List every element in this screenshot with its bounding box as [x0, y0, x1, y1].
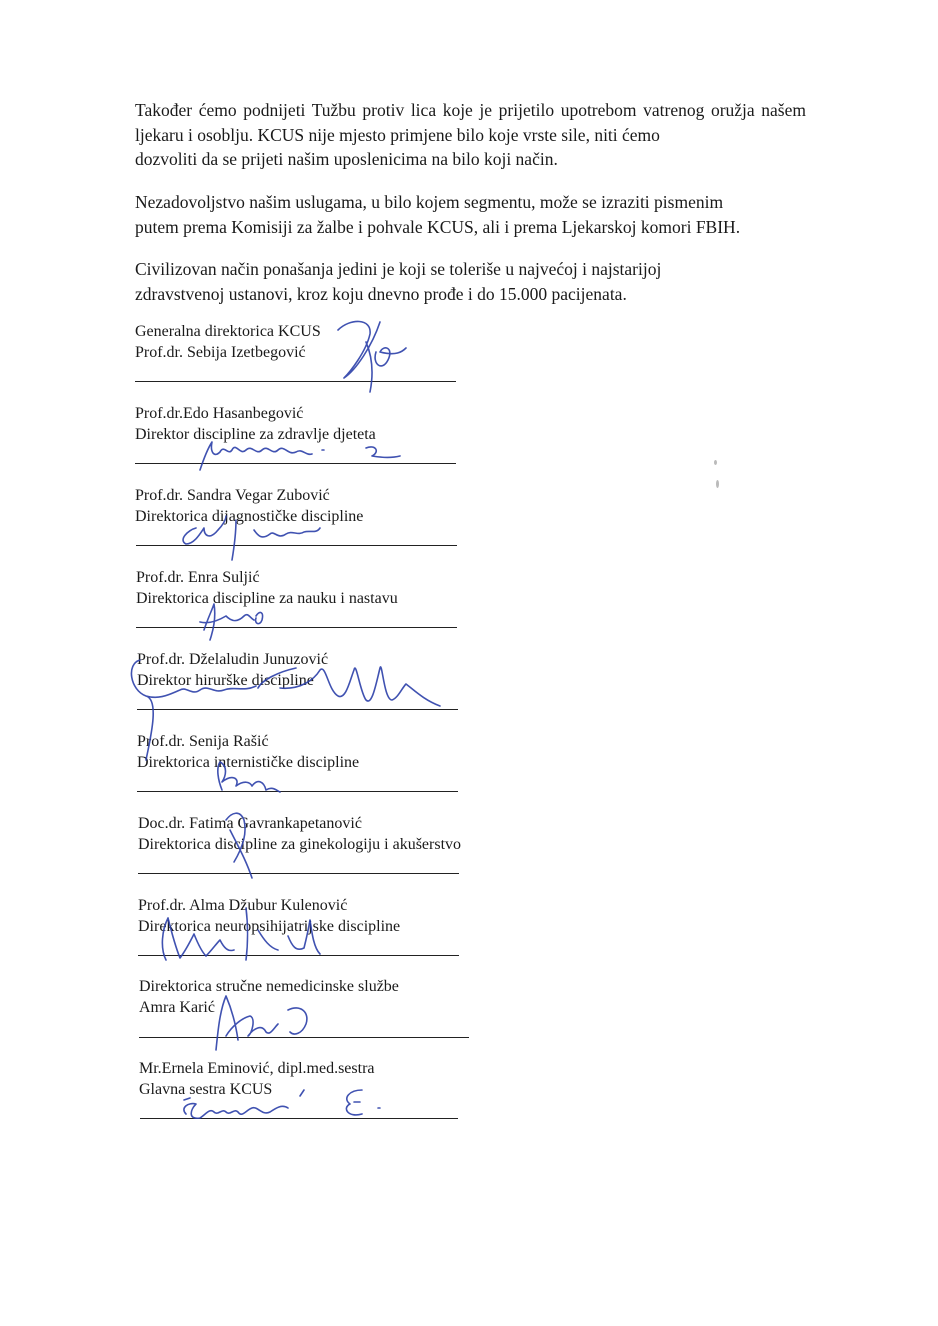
signatory-name: Mr.Ernela Eminović, dipl.med.sestra	[139, 1059, 375, 1080]
paragraph-lawsuit: Također ćemo podnijeti Tužbu protiv lica…	[135, 98, 806, 172]
signatory-name: Amra Karić	[139, 998, 399, 1019]
signature-line	[135, 463, 456, 464]
signature-hasanbegovic	[200, 442, 400, 470]
signatory-name: Prof.dr. Dželaludin Junuzović	[137, 650, 328, 671]
paragraph-last-line: dozvoliti da se prijeti našim uposlenici…	[135, 147, 806, 172]
signatory-title: Direktor discipline za zdravlje djeteta	[135, 425, 376, 446]
signatory-title: Direktorica dijagnostičke discipline	[135, 507, 363, 528]
paragraph-civilized-behavior: Civilizovan način ponašanja jedini je ko…	[135, 257, 806, 306]
signature-line	[135, 381, 456, 382]
paragraph-last-line: putem prema Komisiji za žalbe i pohvale …	[135, 215, 806, 240]
signatory-general-director: Generalna direktorica KCUS Prof.dr. Sebi…	[135, 322, 321, 363]
signatory-name: Prof.dr.Edo Hasanbegović	[135, 404, 376, 425]
signatory-title: Generalna direktorica KCUS	[135, 322, 321, 343]
signatory-title: Direktorica stručne nemedicinske službe	[139, 977, 399, 998]
signatory-title: Glavna sestra KCUS	[139, 1080, 375, 1101]
signatory-child-health: Prof.dr.Edo Hasanbegović Direktor discip…	[135, 404, 376, 445]
scan-artifact	[714, 460, 717, 465]
signature-line	[140, 1118, 458, 1119]
signatory-non-medical-service: Direktorica stručne nemedicinske službe …	[139, 977, 399, 1018]
signatory-head-nurse: Mr.Ernela Eminović, dipl.med.sestra Glav…	[139, 1059, 375, 1100]
signature-line	[137, 709, 458, 710]
signatory-gynecology: Doc.dr. Fatima Gavrankapetanović Direkto…	[138, 814, 461, 855]
paragraph-complaints: Nezadovoljstvo našim uslugama, u bilo ko…	[135, 190, 806, 239]
signatory-name: Prof.dr. Enra Suljić	[136, 568, 398, 589]
signature-line	[136, 627, 457, 628]
signatory-name: Doc.dr. Fatima Gavrankapetanović	[138, 814, 461, 835]
signatory-name: Prof.dr. Alma Džubur Kulenović	[138, 896, 400, 917]
signatory-science-teaching: Prof.dr. Enra Suljić Direktorica discipl…	[136, 568, 398, 609]
signatory-title: Direktorica internističke discipline	[137, 753, 359, 774]
signature-suljic	[200, 604, 263, 640]
signatory-internal-medicine: Prof.dr. Senija Rašić Direktorica intern…	[137, 732, 359, 773]
signature-line	[137, 791, 458, 792]
paragraph-last-line: zdravstvenoj ustanovi, kroz koju dnevno …	[135, 282, 806, 307]
signature-line	[136, 545, 457, 546]
signatory-title: Direktorica discipline za ginekologiju i…	[138, 835, 461, 856]
signature-line	[138, 873, 459, 874]
paragraph-text: Nezadovoljstvo našim uslugama, u bilo ko…	[135, 192, 723, 212]
paragraph-text: Civilizovan način ponašanja jedini je ko…	[135, 259, 661, 279]
paragraph-text: Također ćemo podnijeti Tužbu protiv lica…	[135, 100, 806, 145]
signatory-title: Direktorica neuropsihijatrijske discipli…	[138, 917, 400, 938]
signatory-name: Prof.dr. Sandra Vegar Zubović	[135, 486, 363, 507]
signatory-name: Prof.dr. Senija Rašić	[137, 732, 359, 753]
signatory-title: Direktorica discipline za nauku i nastav…	[136, 589, 398, 610]
signatory-title: Direktor hirurške discipline	[137, 671, 328, 692]
signatory-neuropsychiatry: Prof.dr. Alma Džubur Kulenović Direktori…	[138, 896, 400, 937]
signatory-diagnostics: Prof.dr. Sandra Vegar Zubović Direktoric…	[135, 486, 363, 527]
signature-line	[138, 955, 459, 956]
signatory-name: Prof.dr. Sebija Izetbegović	[135, 343, 321, 364]
scan-artifact	[716, 480, 719, 488]
signature-line	[139, 1037, 469, 1038]
signatory-surgery: Prof.dr. Dželaludin Junuzović Direktor h…	[137, 650, 328, 691]
